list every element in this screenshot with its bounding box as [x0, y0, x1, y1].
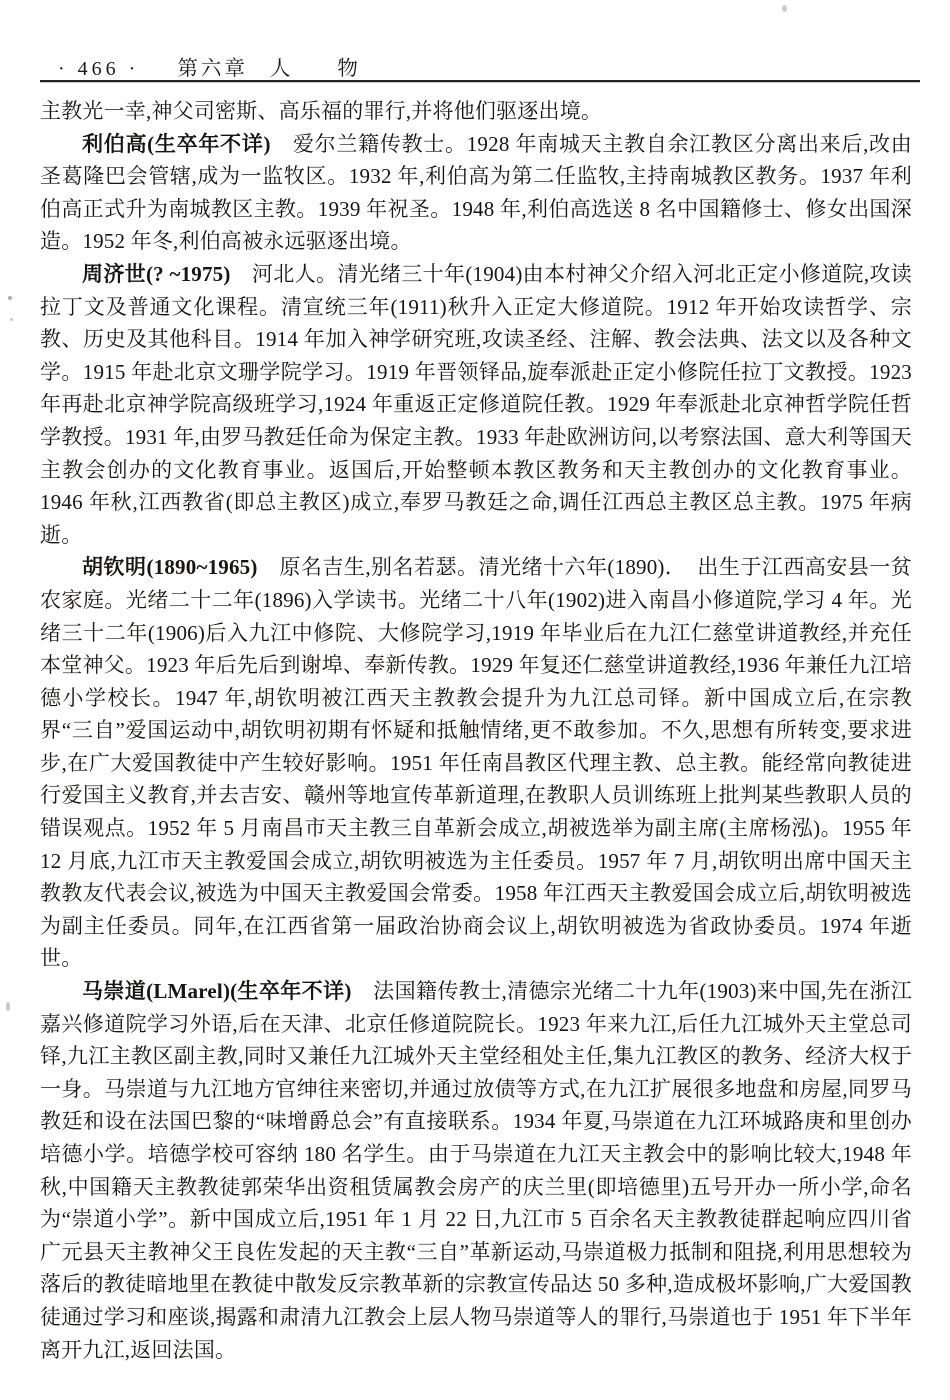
entry-text: 河北人。清光绪三十年(1904)由本村神父介绍入河北正定小修道院,攻读拉丁文及普…: [40, 262, 912, 547]
scan-artifact: [10, 318, 13, 321]
scan-artifact: [6, 1002, 10, 1011]
scan-artifact: [8, 296, 12, 300]
scan-artifact: [782, 5, 787, 12]
section-title: 人 物: [270, 51, 360, 81]
header-divider-rule: [40, 80, 920, 82]
body-text: 主教光一幸,神父司密斯、高乐福的罪行,并将他们驱逐出境。 利伯高(生卒年不详) …: [40, 95, 912, 1366]
entry-paragraph-zhoujishi: 周济世(? ~1975) 河北人。清光绪三十年(1904)由本村神父介绍入河北正…: [40, 258, 912, 551]
entry-name: 周济世(? ~1975): [82, 262, 231, 286]
entry-name: 利伯高(生卒年不详): [82, 132, 271, 156]
entry-text: 原名吉生,别名若瑟。清光绪十六年(1890)． 出生于江西高安县一贫农家庭。光绪…: [40, 555, 912, 970]
scanned-book-page: · 466 · 第六章 人 物 主教光一幸,神父司密斯、高乐福的罪行,并将他们驱…: [0, 0, 950, 1400]
chapter-label: 第六章: [177, 51, 248, 81]
entry-paragraph-libogao: 利伯高(生卒年不详) 爱尔兰籍传教士。1928 年南城天主教自余江教区分离出来后…: [40, 128, 912, 258]
page-number: · 466 ·: [58, 58, 139, 81]
entry-name: 胡钦明(1890~1965): [82, 555, 258, 579]
entry-text: 法国籍传教士,清德宗光绪二十九年(1903)来中国,先在浙江嘉兴修道院学习外语,…: [40, 979, 912, 1362]
entry-paragraph-huqinming: 胡钦明(1890~1965) 原名吉生,别名若瑟。清光绪十六年(1890)． 出…: [40, 551, 912, 975]
paragraph-continuation: 主教光一幸,神父司密斯、高乐福的罪行,并将他们驱逐出境。: [40, 95, 912, 128]
entry-name: 马崇道(LMarel)(生卒年不详): [82, 979, 352, 1003]
page-header: · 466 · 第六章 人 物: [58, 51, 920, 81]
entry-paragraph-machongdao: 马崇道(LMarel)(生卒年不详) 法国籍传教士,清德宗光绪二十九年(1903…: [40, 975, 912, 1366]
